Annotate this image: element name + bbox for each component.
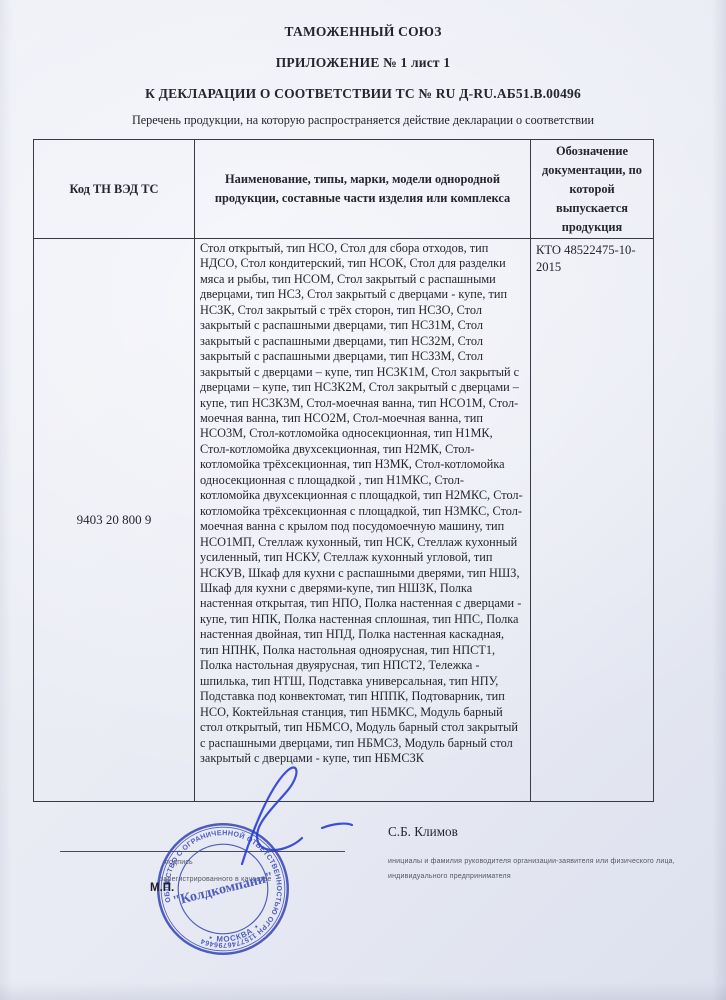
caption-initials-note-line1: инициалы и фамилия руководителя организа… xyxy=(388,858,675,865)
handwritten-signature xyxy=(150,752,390,882)
signatory-name: С.Б. Климов xyxy=(388,824,458,840)
seal-place-label: М.П. xyxy=(150,882,174,894)
column-header-products: Наименование, типы, марки, модели одноро… xyxy=(195,140,530,238)
products-table: Код ТН ВЭД ТС Наименование, типы, марки,… xyxy=(33,139,654,802)
column-header-documentation: Обозначение документации, по которой вып… xyxy=(531,140,653,238)
doc-title-union: ТАМОЖЕННЫЙ СОЮЗ xyxy=(0,24,726,40)
scanned-declaration-page: ТАМОЖЕННЫЙ СОЮЗ ПРИЛОЖЕНИЕ № 1 лист 1 К … xyxy=(0,0,726,1000)
cell-documentation-ref: КТО 48522475-10-2015 xyxy=(536,242,648,275)
doc-subtitle: Перечень продукции, на которую распростр… xyxy=(0,113,726,128)
column-header-code: Код ТН ВЭД ТС xyxy=(34,140,194,238)
cell-products-list: Стол открытый, тип НСО, Стол для сбора о… xyxy=(200,241,524,766)
caption-initials-note-line2: индивидуального предпринимателя xyxy=(388,873,511,880)
doc-title-annex: ПРИЛОЖЕНИЕ № 1 лист 1 xyxy=(0,55,726,71)
doc-title-declaration-number: К ДЕКЛАРАЦИИ О СООТВЕТСТВИИ ТС № RU Д-RU… xyxy=(0,86,726,102)
cell-tnved-code: 9403 20 800 9 xyxy=(34,238,194,801)
